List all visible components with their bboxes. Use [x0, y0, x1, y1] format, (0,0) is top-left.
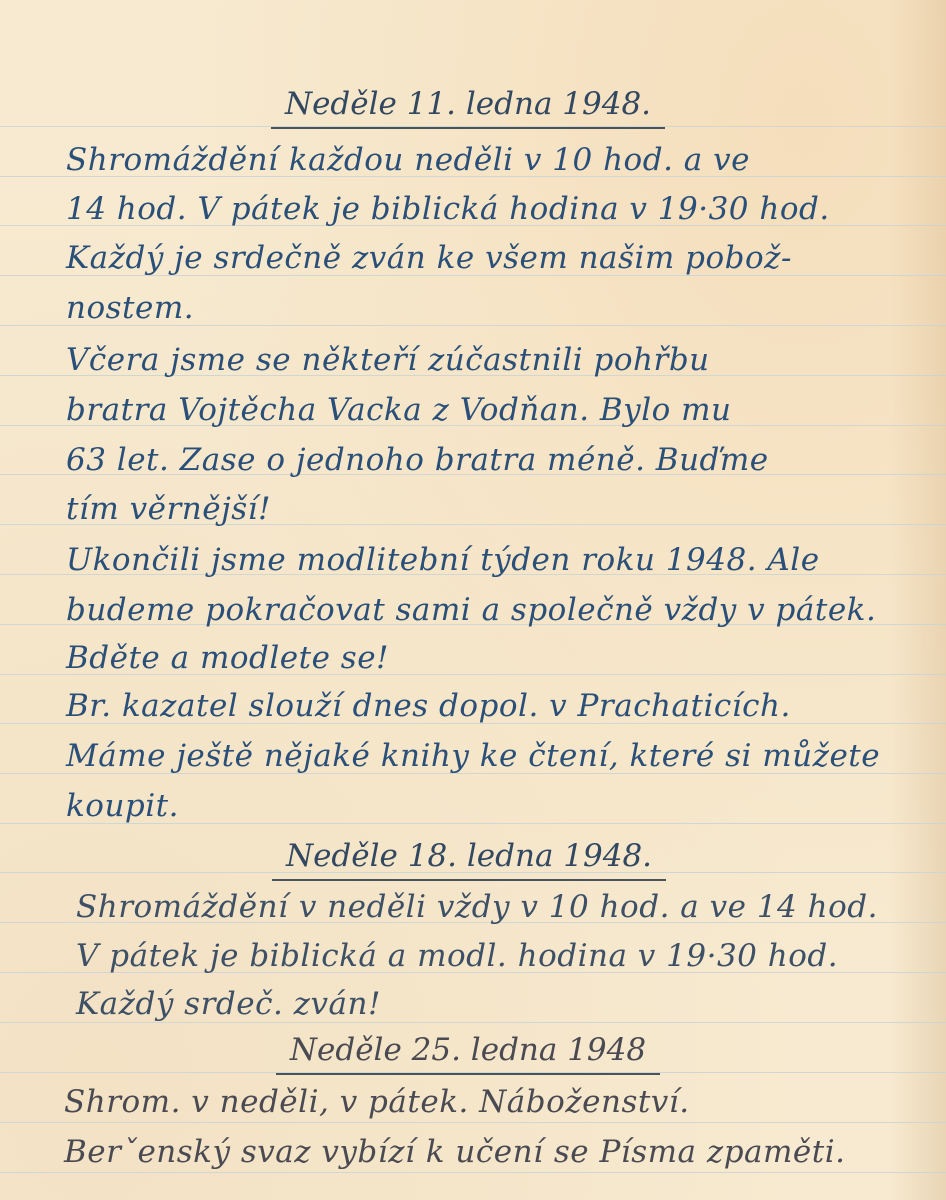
text-line: Berˇenský svaz vybízí k učení se Písma z… [64, 1132, 938, 1172]
text-line: Br. kazatel slouží dnes dopol. v Prachat… [66, 686, 938, 726]
text-line: Každý srdeč. zván! [76, 984, 938, 1024]
entry-date: Neděle 11. ledna 1948. [271, 84, 665, 129]
text-line: nostem. [66, 288, 938, 328]
entry-date: Neděle 18. ledna 1948. [272, 836, 666, 881]
entry-date: Neděle 25. ledna 1948 [276, 1030, 660, 1075]
ruled-line [0, 1172, 946, 1173]
text-line: Shromáždění v neděli vždy v 10 hod. a ve… [76, 887, 938, 927]
text-line: budeme pokračovat sami a společně vždy v… [66, 590, 938, 630]
entry-heading: Neděle 11. ledna 1948. [0, 84, 946, 129]
text-line: Máme ještě nějaké knihy ke čtení, které … [66, 736, 938, 776]
text-line: Včera jsme se někteří zúčastnili pohřbu [66, 340, 938, 380]
text-line: 14 hod. V pátek je biblická hodina v 19·… [66, 189, 938, 229]
text-line: bratra Vojtěcha Vacka z Vodňan. Bylo mu [66, 390, 938, 430]
text-line: tím věrnější! [66, 489, 938, 529]
entry-heading: Neděle 25. ledna 1948 [0, 1030, 946, 1075]
notebook-page: Neděle 11. ledna 1948. Shromáždění každo… [0, 0, 946, 1200]
text-line: Bděte a modlete se! [66, 638, 938, 678]
text-line: 63 let. Zase o jednoho bratra méně. Buďm… [66, 440, 938, 480]
text-line: V pátek je biblická a modl. hodina v 19·… [76, 936, 938, 976]
text-line: Shrom. v neděli, v pátek. Náboženství. [64, 1082, 938, 1122]
text-line: Shromáždění každou neděli v 10 hod. a ve [66, 140, 938, 180]
ruled-line [0, 1122, 946, 1123]
text-line: koupit. [66, 786, 938, 826]
entry-heading: Neděle 18. ledna 1948. [0, 836, 946, 881]
text-line: Každý je srdečně zván ke všem našim pobo… [66, 238, 938, 278]
text-line: Ukončili jsme modlitební týden roku 1948… [66, 540, 938, 580]
